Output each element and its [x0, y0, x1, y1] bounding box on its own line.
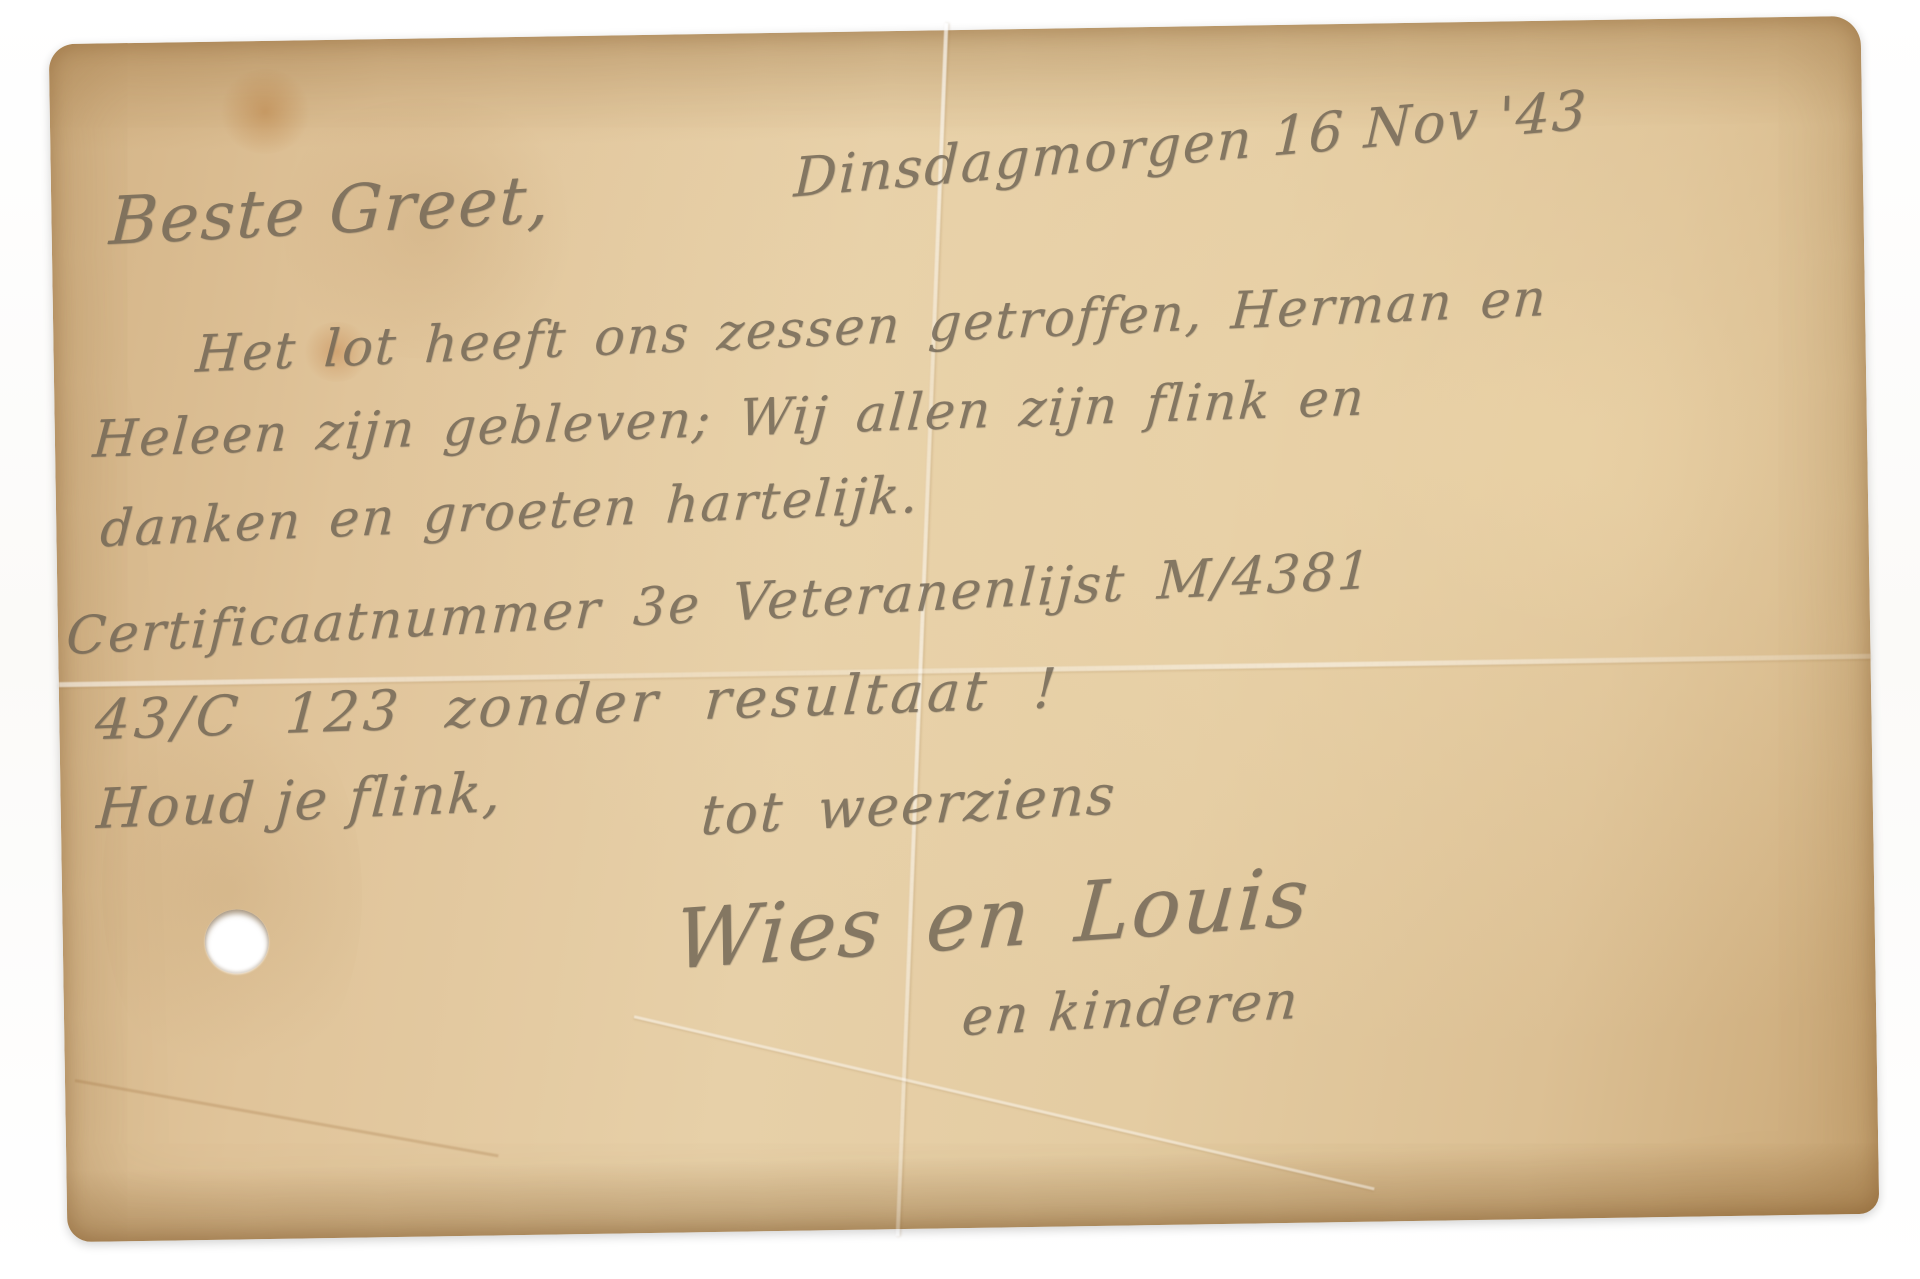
postcard: Dinsdagmorgen 16 Nov '43 Beste Greet, He… — [49, 16, 1880, 1242]
closing-line-right: tot weerziens — [699, 762, 1118, 847]
body-line-3: danken en groeten hartelijk. — [99, 466, 922, 560]
body-line-4: Certificaatnummer 3e Veteranenlijst M/43… — [65, 541, 1374, 667]
body-line-2: Heleen zijn gebleven; Wij allen zijn fli… — [91, 368, 1368, 469]
scanned-postcard-page: { "document_type": "handwritten postcard… — [0, 0, 1920, 1279]
signature-children: en kinderen — [960, 971, 1303, 1048]
fold-line-vertical — [896, 23, 949, 1236]
crease-bottom-corner — [75, 1079, 499, 1157]
signature-names: Wies en Louis — [672, 850, 1313, 989]
